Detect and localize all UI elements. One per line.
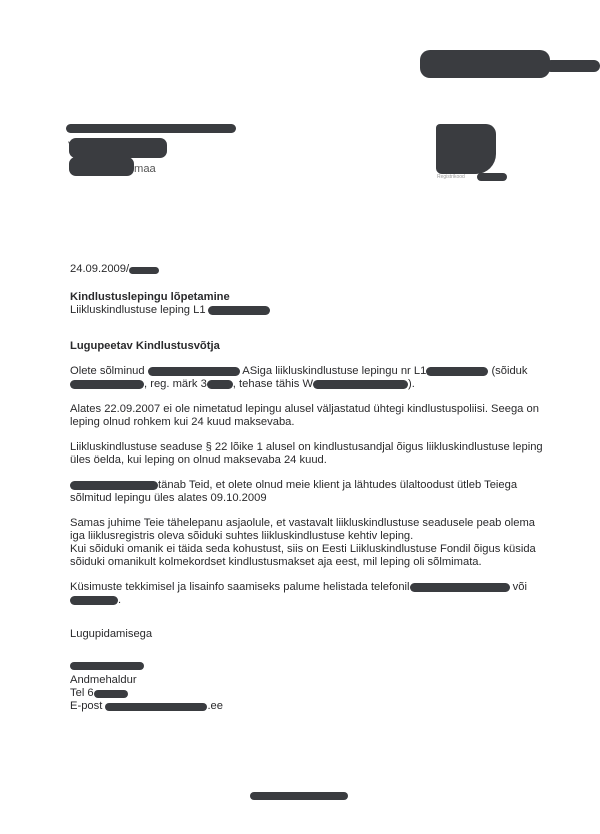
p1-text-e: , tehase tähis W [233,378,313,390]
redacted-signatory [70,662,144,670]
p3-line1: Liikluskindlustuse seaduse § 22 lõike 1 … [70,441,543,454]
recipient-line3: maa [134,163,156,176]
signatory-title: Andmehaldur [70,674,137,687]
letter-date: 24.09.2009/ [70,263,159,276]
tel-text: Tel 6 [70,687,94,699]
p1-text-f: ). [408,378,415,390]
p4-text: tänab Teid, et olete olnud meie klient j… [158,479,517,491]
redacted-recipient-address [69,138,167,158]
p1-line2: , reg. märk 3, tehase tähis W). [70,378,415,391]
redacted-footer [250,792,348,800]
p6-text-b: või [513,581,527,593]
p4-line1: tänab Teid, et olete olnud meie klient j… [70,479,517,492]
salutation: Lugupeetav Kindlustusvõtja [70,340,220,353]
p5-line4: sõiduki omanikult kolmekordset kindlustu… [70,556,482,569]
p2-line2: leping olnud rohkem kui 24 kuud maksevab… [70,416,295,429]
p5-line3: Kui sõiduki omanik ei täida seda kohustu… [70,543,536,556]
date-text: 24.09.2009/ [70,263,129,275]
p1-text-a: Olete sõlminud [70,365,145,377]
redacted-phone2 [70,596,118,605]
p6-text-a: Küsimuste tekkimisel ja lisainfo saamise… [70,581,410,593]
redacted-phone [410,583,510,592]
redacted-vehicle [70,380,144,389]
p3-line2: üles öelda, kui leping on olnud maksevab… [70,454,327,467]
p1-line1: Olete sõlminud ASiga liikluskindlustuse … [70,365,528,378]
redacted-reg-plate [207,380,233,389]
email-end: .ee [207,700,223,712]
p1-text-d: , reg. märk 3 [144,378,207,390]
redacted-contract-no [208,306,270,315]
signatory-tel: Tel 6 [70,687,128,700]
p5-line1: Samas juhime Teie tähelepanu asjaolule, … [70,517,535,530]
redacted-logo [420,50,550,78]
p6-line2: . [70,594,121,607]
redacted-logo-tail [545,60,600,72]
redacted-recipient-address2 [69,157,134,176]
p1-text-c: (sõiduk [491,365,527,377]
redacted-ref [129,267,159,274]
redacted-registry-code [477,173,507,181]
closing: Lugupidamisega [70,628,152,641]
redacted-policy-no [426,367,488,376]
p6-line1: Küsimuste tekkimisel ja lisainfo saamise… [70,581,527,594]
signatory-email: E-post .ee [70,700,223,713]
redacted-email [105,703,207,711]
subject-ref: Liikluskindlustuse leping L1 [70,304,270,317]
p4-line2: sõlmitud lepingu üles alates 09.10.2009 [70,492,267,505]
p5-line2: iga liiklusregistris oleva sõiduki suhte… [70,530,413,543]
redacted-sender-address [436,124,496,174]
redacted-vin [313,380,408,389]
redacted-company [70,481,158,490]
subject: Kindlustuslepingu lõpetamine [70,291,230,304]
redacted-insurer [148,367,240,376]
email-label: E-post [70,700,102,712]
subject-ref-text: Liikluskindlustuse leping L1 [70,304,206,316]
p1-text-b: ASiga liikluskindlustuse lepingu nr L1 [242,365,426,377]
redacted-recipient-name [66,124,236,133]
redacted-tel [94,690,128,698]
p2-line1: Alates 22.09.2007 ei ole nimetatud lepin… [70,403,539,416]
registry-label: Registrikood [437,174,465,180]
p6-text-c: . [118,594,121,606]
